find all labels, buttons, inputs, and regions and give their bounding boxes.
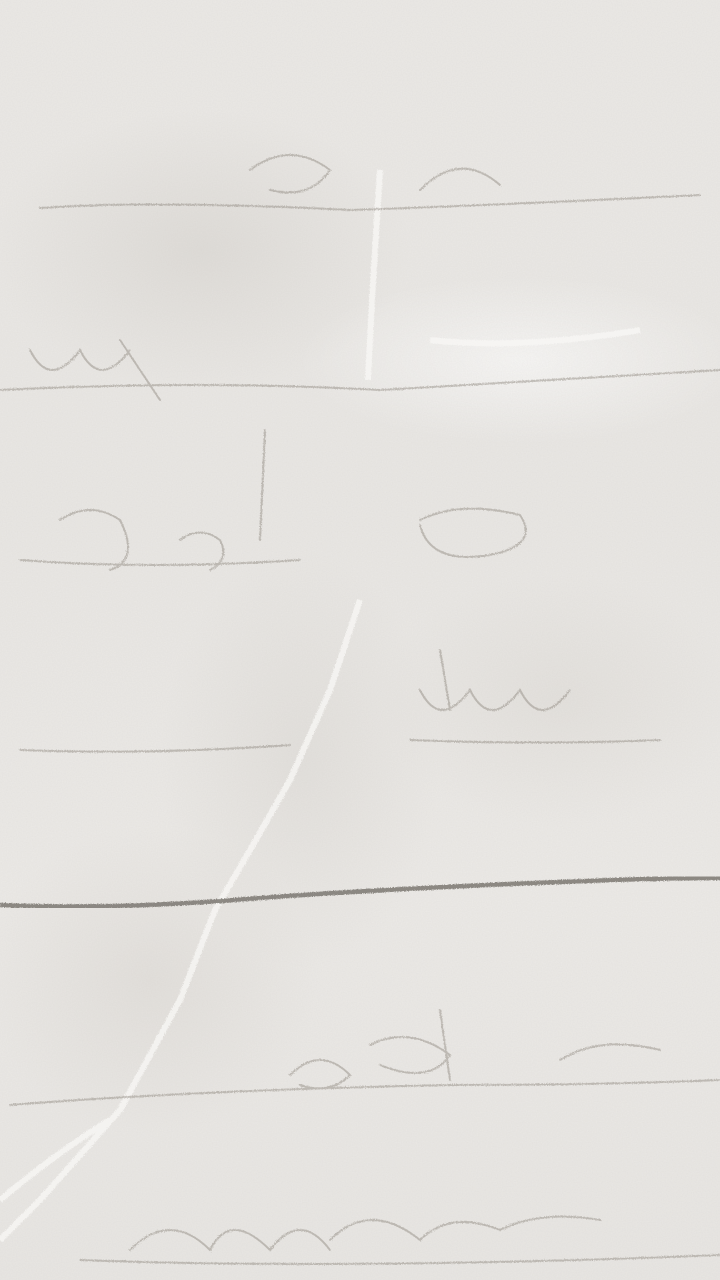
paper-markings bbox=[0, 0, 720, 1280]
paper-texture bbox=[0, 0, 720, 1280]
